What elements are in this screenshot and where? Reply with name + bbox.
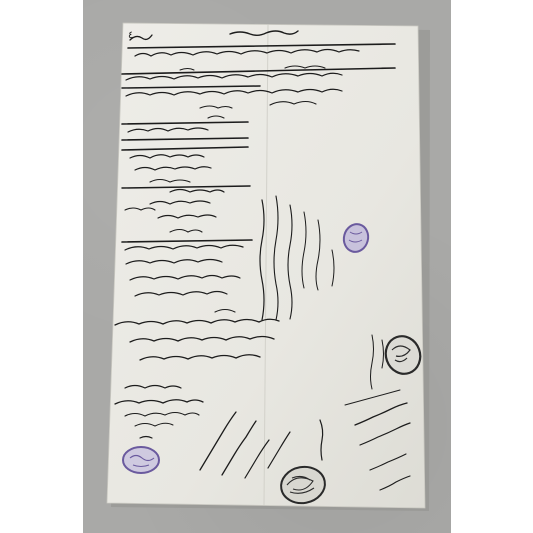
gray-backdrop	[83, 0, 451, 533]
